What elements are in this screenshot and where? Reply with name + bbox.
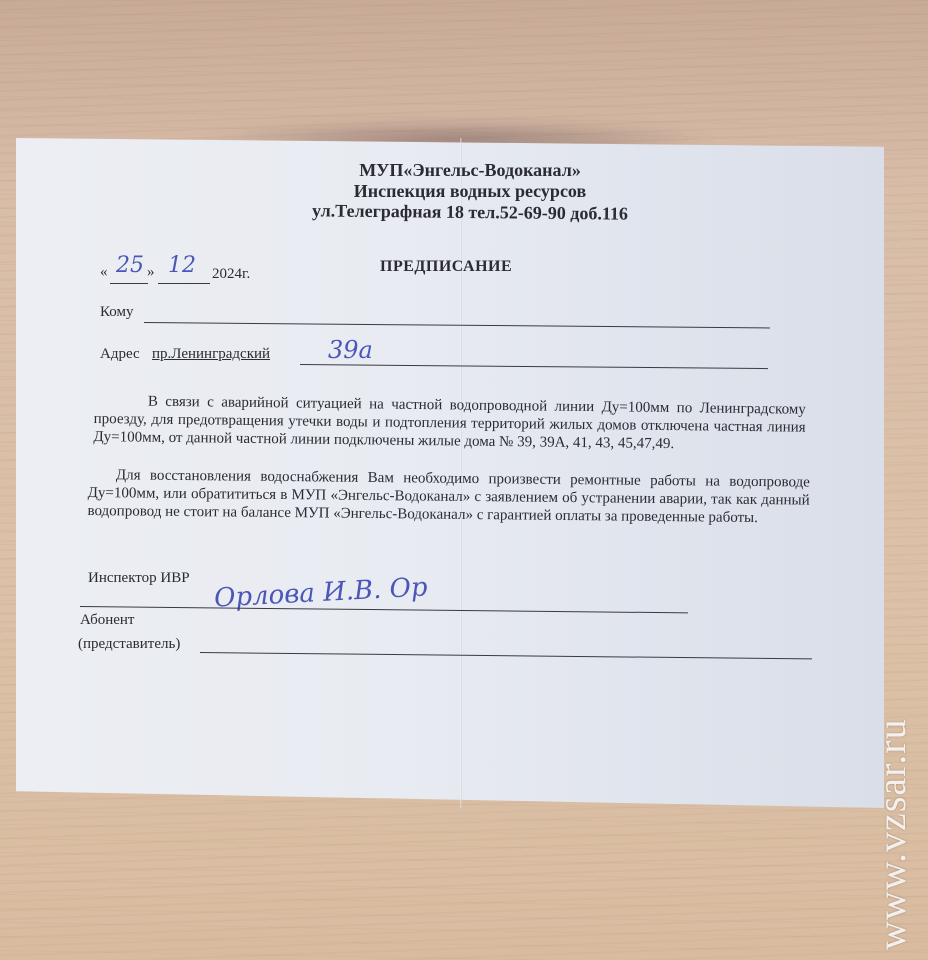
address-house: 39а bbox=[328, 336, 373, 364]
date-day-line bbox=[110, 283, 148, 284]
subscriber-label: Абонент bbox=[80, 612, 134, 629]
inspector-label: Инспектор ИВР bbox=[88, 570, 190, 587]
paragraph-instructions: Для восстановления водоснабжения Вам нео… bbox=[87, 466, 810, 528]
to-label: Кому bbox=[100, 304, 133, 321]
date-close-quote: » bbox=[147, 264, 155, 281]
address-street: пр.Ленинградский bbox=[152, 346, 270, 363]
address-label: Адрес bbox=[100, 346, 140, 363]
date-month-line bbox=[158, 283, 210, 284]
date-month: 12 bbox=[168, 253, 196, 278]
paragraph-emergency: В связи с аварийной ситуацией на частной… bbox=[93, 392, 806, 455]
date-open-quote: « bbox=[100, 264, 108, 281]
date-day: 25 bbox=[116, 253, 144, 278]
subscriber-representative-label: (представитель) bbox=[78, 636, 180, 653]
watermark: www.vzsar.ru bbox=[868, 718, 915, 950]
date-year: 2024г. bbox=[212, 266, 250, 283]
document-title: ПРЕДПИСАНИЕ bbox=[380, 258, 512, 276]
department-name: Инспекция водных ресурсов bbox=[250, 181, 690, 202]
organization-name: МУП«Энгельс-Водоканал» bbox=[250, 160, 690, 181]
